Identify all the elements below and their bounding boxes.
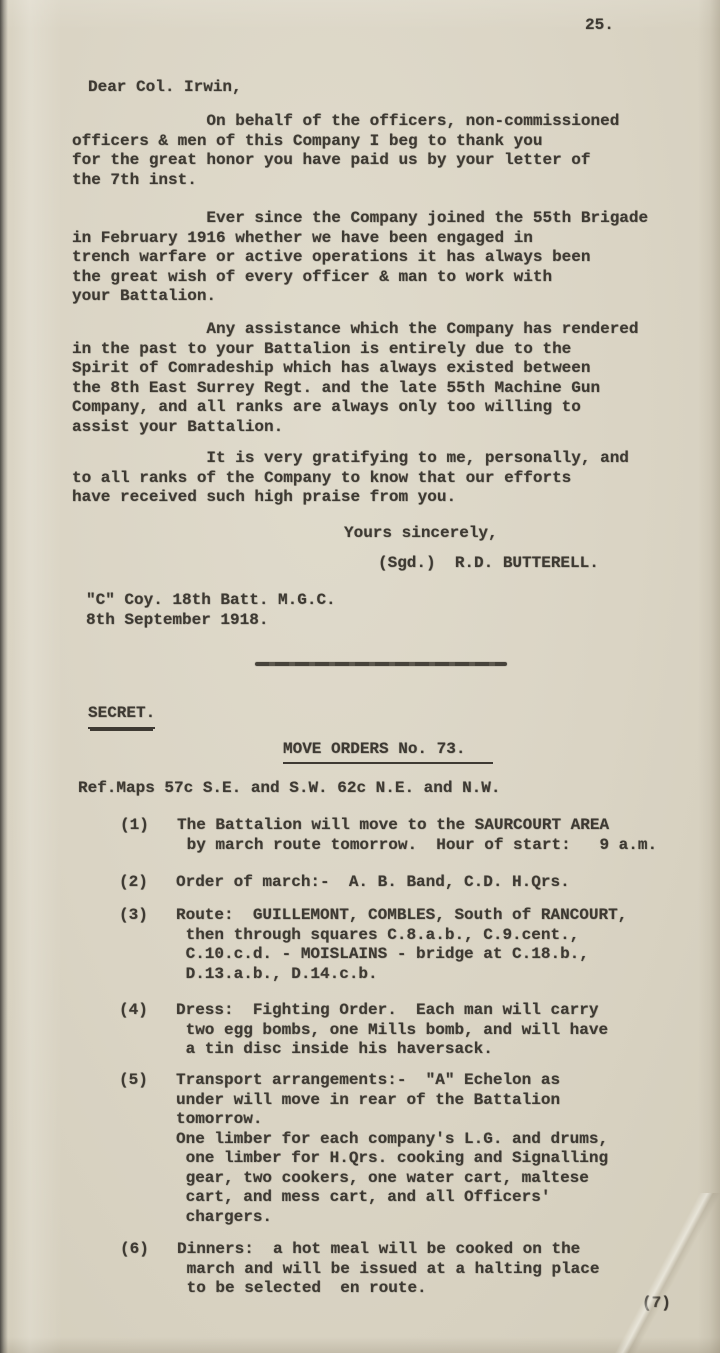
order-item: (5) Transport arrangements:- "A" Echelon… [119, 1071, 608, 1227]
order-item: (6) Dinners: a hot meal will be cooked o… [120, 1240, 599, 1299]
order-item-number: (3) [119, 906, 176, 984]
move-orders-title-text: MOVE ORDERS No. 73. [283, 740, 493, 764]
order-item-text: Dress: Fighting Order. Each man will car… [176, 1001, 608, 1060]
letter-paragraph: Any assistance which the Company has ren… [72, 320, 639, 437]
order-item-number: (1) [120, 816, 177, 855]
order-item-number: (4) [119, 1001, 176, 1060]
letter-salutation: Dear Col. Irwin, [88, 78, 242, 98]
order-item-number: (2) [119, 873, 176, 893]
letter-signature: (Sgd.) R.D. BUTTERELL. [378, 554, 599, 574]
order-item-text: Dinners: a hot meal will be cooked on th… [177, 1240, 599, 1299]
letter-paragraph: On behalf of the officers, non-commissio… [72, 112, 619, 190]
order-item-text: Transport arrangements:- "A" Echelon as … [176, 1071, 608, 1227]
map-reference: Ref.Maps 57c S.E. and S.W. 62c N.E. and … [78, 779, 500, 799]
letter-closing: Yours sincerely, [344, 524, 498, 544]
secret-label-text: SECRET. [88, 704, 155, 729]
order-item: (1) The Battalion will move to the SAURC… [120, 816, 657, 855]
section-divider [255, 662, 507, 666]
secret-label: SECRET. [88, 704, 155, 729]
document-page: 25. Dear Col. Irwin, On behalf of the of… [0, 0, 720, 1353]
order-item: (4) Dress: Fighting Order. Each man will… [119, 1001, 608, 1060]
order-item: (2) Order of march:- A. B. Band, C.D. H.… [119, 873, 570, 893]
letter-unit-and-date: "C" Coy. 18th Batt. M.G.C. 8th September… [86, 591, 336, 630]
order-item-text: Order of march:- A. B. Band, C.D. H.Qrs. [176, 873, 570, 893]
order-item-number: (5) [119, 1071, 176, 1227]
page-number: 25. [585, 16, 614, 36]
sheet-number: (7) [642, 1294, 671, 1314]
order-item: (3) Route: GUILLEMONT, COMBLES, South of… [119, 906, 627, 984]
move-orders-title: MOVE ORDERS No. 73. [283, 740, 493, 764]
order-item-text: Route: GUILLEMONT, COMBLES, South of RAN… [176, 906, 627, 984]
letter-paragraph: It is very gratifying to me, personally,… [72, 449, 629, 508]
order-item-number: (6) [120, 1240, 177, 1299]
letter-paragraph: Ever since the Company joined the 55th B… [72, 209, 648, 307]
order-item-text: The Battalion will move to the SAURCOURT… [177, 816, 657, 855]
